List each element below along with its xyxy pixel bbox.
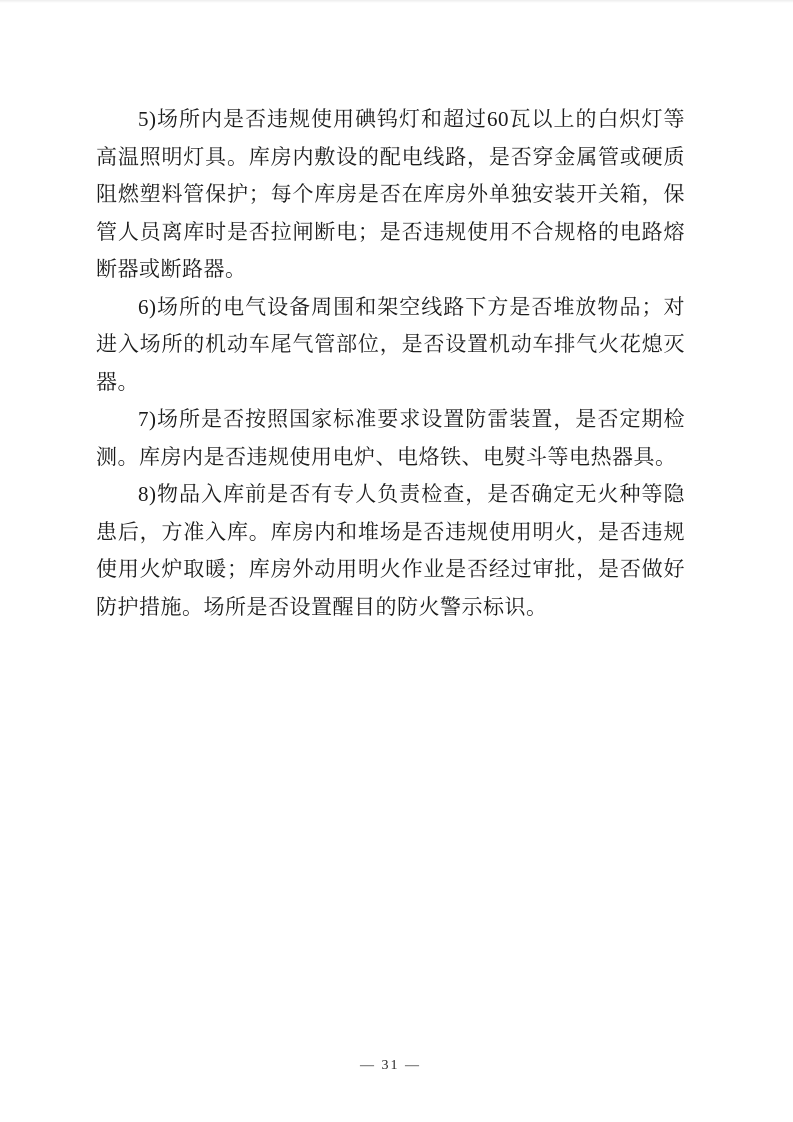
paragraph-item-6: 6)场所的电气设备周围和架空线路下方是否堆放物品；对进入场所的机动车尾气管部位，…: [96, 289, 685, 402]
document-page: 5)场所内是否违规使用碘钨灯和超过60瓦以上的白炽灯等高温照明灯具。库房内敷设的…: [0, 0, 793, 1122]
paragraph-item-7: 7)场所是否按照国家标准要求设置防雷装置，是否定期检测。库房内是否违规使用电炉、…: [96, 401, 685, 476]
scan-edge-shadow: [0, 0, 793, 3]
paragraph-item-5: 5)场所内是否违规使用碘钨灯和超过60瓦以上的白炽灯等高温照明灯具。库房内敷设的…: [96, 101, 685, 289]
page-number: — 31 —: [96, 1058, 685, 1074]
paragraph-item-8: 8)物品入库前是否有专人负责检查，是否确定无火种等隐患后，方准入库。库房内和堆场…: [96, 476, 685, 626]
document-body: 5)场所内是否违规使用碘钨灯和超过60瓦以上的白炽灯等高温照明灯具。库房内敷设的…: [96, 101, 685, 626]
